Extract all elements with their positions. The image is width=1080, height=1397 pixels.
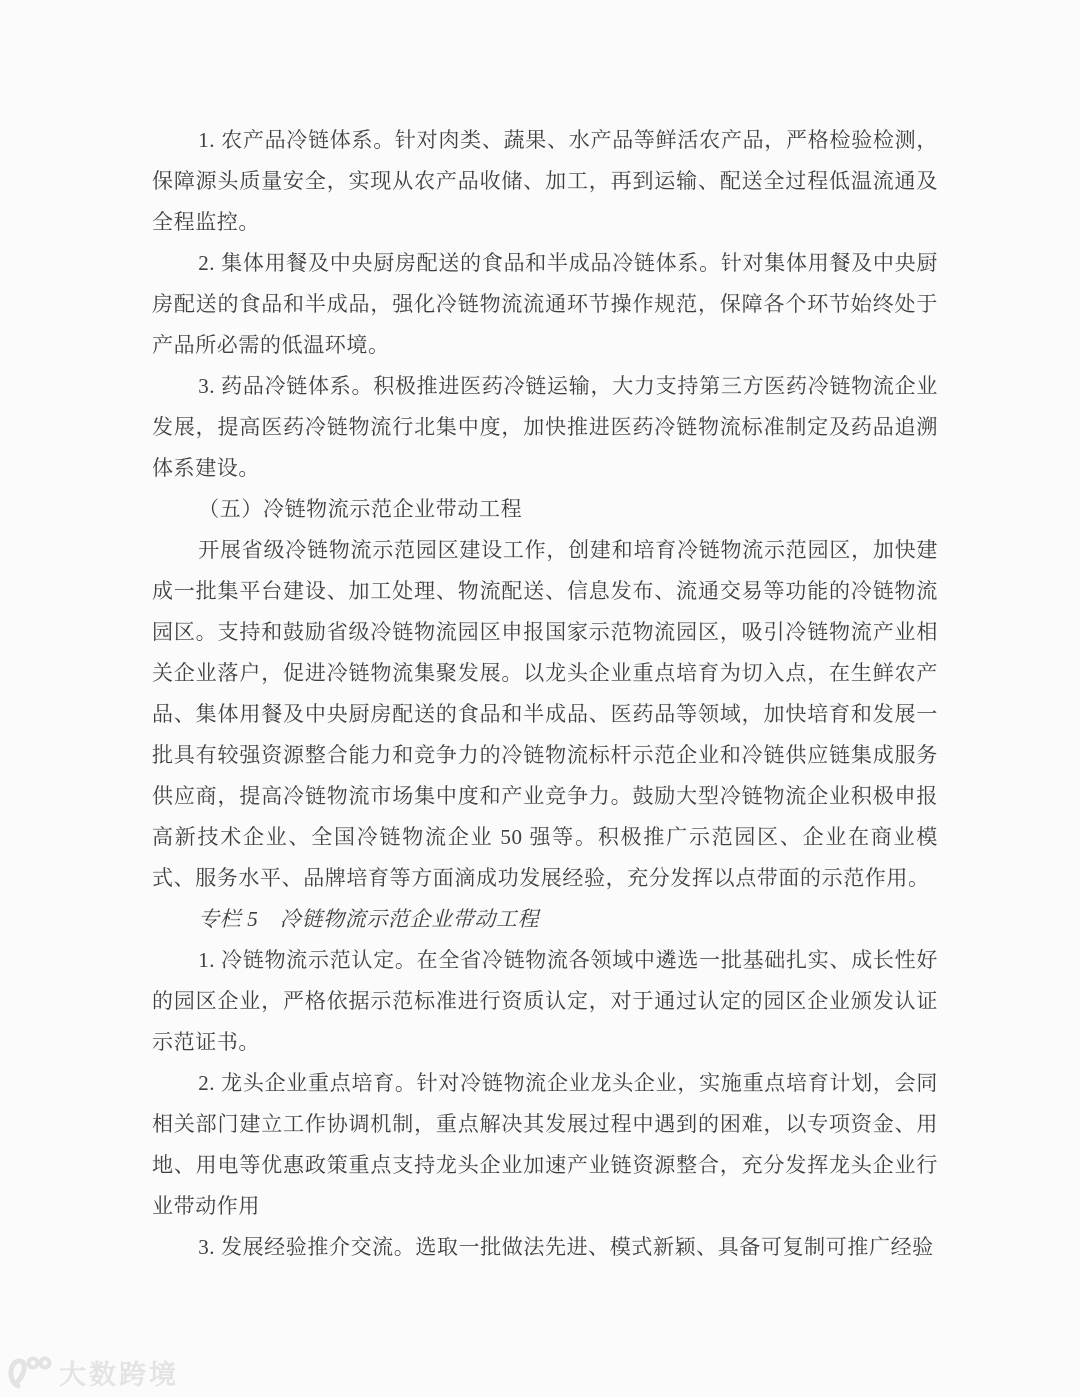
para-agri-cold-chain: 1. 农产品冷链体系。针对肉类、蔬果、水产品等鲜活农产品，严格检验检测，保障源头…	[152, 120, 938, 243]
para-pharma-cold-chain: 3. 药品冷链体系。积极推进医药冷链运输，大力支持第三方医药冷链物流企业发展，提…	[152, 366, 938, 489]
watermark-brand-text: 大数跨境	[59, 1353, 179, 1392]
heading-section-five: （五）冷链物流示范企业带动工程	[152, 489, 938, 530]
column-5-heading: 专栏 5 冷链物流示范企业带动工程	[152, 899, 938, 940]
para-experience-exchange: 3. 发展经验推介交流。选取一批做法先进、模式新颖、具备可复制可推广经验	[152, 1227, 938, 1268]
watermark: 大数跨境	[8, 1350, 179, 1394]
para-catering-cold-chain: 2. 集体用餐及中央厨房配送的食品和半成品冷链体系。针对集体用餐及中央厨房配送的…	[152, 243, 938, 366]
para-demo-certification: 1. 冷链物流示范认定。在全省冷链物流各领域中遴选一批基础扎实、成长性好的园区企…	[152, 940, 938, 1063]
brand-logo-icon	[8, 1352, 52, 1392]
para-leading-enterprise-cultivation: 2. 龙头企业重点培育。针对冷链物流企业龙头企业，实施重点培育计划，会同相关部门…	[152, 1063, 938, 1227]
document-body: 1. 农产品冷链体系。针对肉类、蔬果、水产品等鲜活农产品，严格检验检测，保障源头…	[152, 120, 938, 1268]
para-demonstration-project: 开展省级冷链物流示范园区建设工作，创建和培育冷链物流示范园区，加快建成一批集平台…	[152, 530, 938, 899]
document-page: 1. 农产品冷链体系。针对肉类、蔬果、水产品等鲜活农产品，严格检验检测，保障源头…	[0, 0, 1080, 1397]
